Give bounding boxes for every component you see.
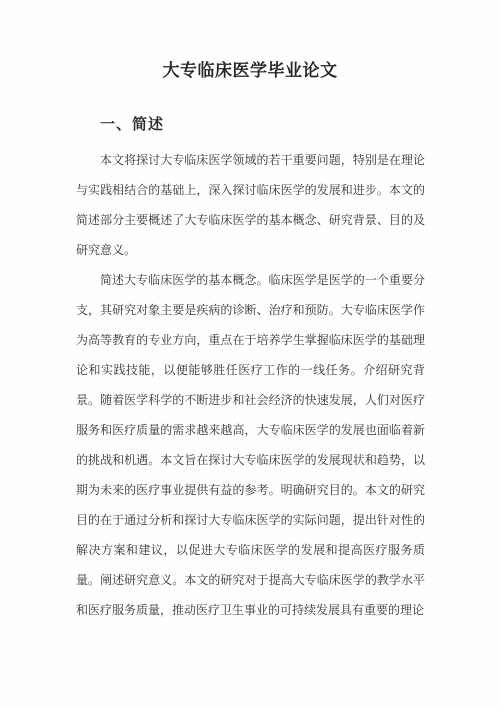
section-heading: 一、简述 bbox=[100, 114, 424, 136]
document-body: 本文将探讨大专临床医学领域的若干重要问题，特别是在理论与实践相结合的基础上，深入… bbox=[0, 145, 500, 625]
paragraph-overview: 简述大专临床医学的基本概念。临床医学是医学的一个重要分支，其研究对象主要是疾病的… bbox=[76, 265, 425, 625]
document-page: 大专临床医学毕业论文 一、简述 本文将探讨大专临床医学领域的若干重要问题，特别是… bbox=[0, 0, 500, 707]
document-title: 大专临床医学毕业论文 bbox=[76, 58, 424, 84]
paragraph-intro: 本文将探讨大专临床医学领域的若干重要问题，特别是在理论与实践相结合的基础上，深入… bbox=[76, 145, 425, 265]
